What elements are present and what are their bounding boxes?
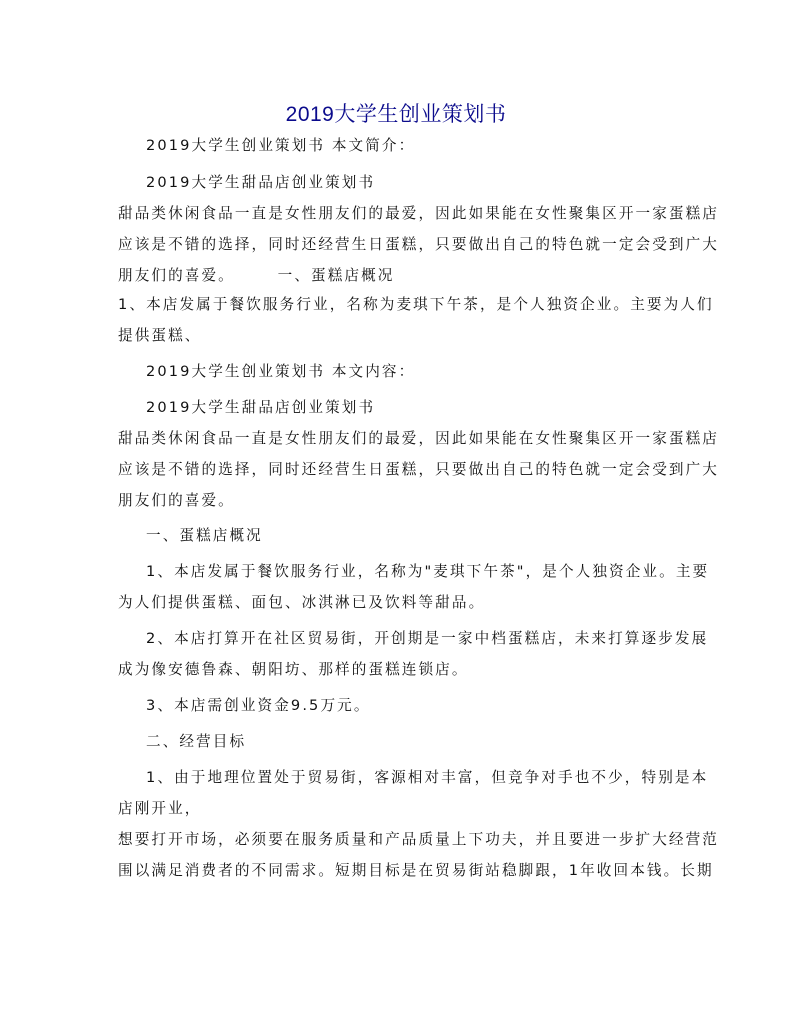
paragraph-line: 应该是不错的选择，同时还经营生日蛋糕，只要做出自己的特色就一定会受到广大 (118, 461, 678, 479)
paragraph-line: 朋友们的喜爱。 (118, 492, 678, 510)
paragraph-line: 1、本店发属于餐饮服务行业，名称为麦琪下午茶，是个人独资企业。主要为人们 (118, 296, 678, 314)
paragraph-line: 围以满足消费者的不同需求。短期目标是在贸易街站稳脚跟，1年收回本钱。长期 (118, 862, 678, 880)
paragraph-line: 2、本店打算开在社区贸易街，开创期是一家中档蛋糕店，未来打算逐步发展 (146, 630, 706, 648)
paragraph-line: 2019大学生甜品店创业策划书 (146, 174, 706, 192)
paragraph-line: 为人们提供蛋糕、面包、冰淇淋已及饮料等甜品。 (118, 594, 678, 612)
paragraph-line: 二、经营目标 (146, 733, 706, 751)
paragraph-line: 想要打开市场，必须要在服务质量和产品质量上下功夫，并且要进一步扩大经营范 (118, 831, 678, 849)
paragraph-line: 提供蛋糕、 (118, 327, 678, 345)
paragraph-line: 1、本店发属于餐饮服务行业，名称为"麦琪下午茶"，是个人独资企业。主要 (146, 563, 706, 581)
document-title: 2019大学生创业策划书 (0, 98, 792, 128)
paragraph-line: 甜品类休闲食品一直是女性朋友们的最爱，因此如果能在女性聚集区开一家蛋糕店 (118, 430, 678, 448)
paragraph-line: 2019大学生创业策划书 本文内容： (146, 363, 706, 381)
paragraph-line: 店刚开业， (118, 800, 678, 818)
paragraph-line: 1、由于地理位置处于贸易街，客源相对丰富，但竞争对手也不少，特别是本 (146, 769, 706, 787)
paragraph-line: 2019大学生创业策划书 本文简介： (146, 137, 706, 155)
paragraph-line: 应该是不错的选择，同时还经营生日蛋糕，只要做出自己的特色就一定会受到广大 (118, 236, 678, 254)
paragraph-line: 朋友们的喜爱。 一、蛋糕店概况 (118, 267, 678, 285)
paragraph-line: 2019大学生甜品店创业策划书 (146, 399, 706, 417)
paragraph-line: 成为像安德鲁森、朝阳坊、那样的蛋糕连锁店。 (118, 661, 678, 679)
paragraph-line: 甜品类休闲食品一直是女性朋友们的最爱，因此如果能在女性聚集区开一家蛋糕店 (118, 205, 678, 223)
paragraph-line: 3、本店需创业资金9.5万元。 (146, 697, 706, 715)
document-page: 2019大学生创业策划书 2019大学生创业策划书 本文简介：2019大学生甜品… (0, 0, 792, 1025)
paragraph-line: 一、蛋糕店概况 (146, 527, 706, 545)
